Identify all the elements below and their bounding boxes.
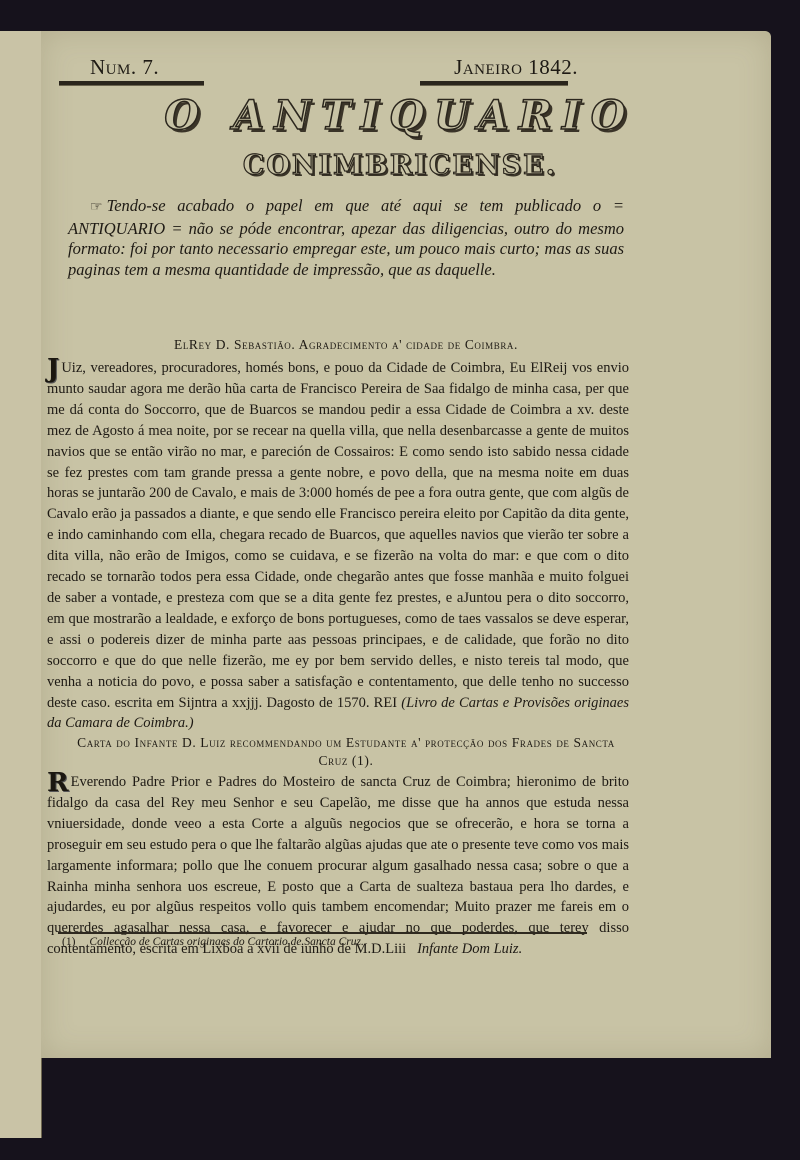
footnote-text: Collecção de Cartas originaes do Cartori…	[89, 936, 363, 948]
article-text: Everendo Padre Prior e Padres do Mosteir…	[47, 774, 629, 957]
footnote-marker: (1)	[62, 936, 75, 948]
pointing-hand-icon: ☞	[90, 200, 103, 215]
article-heading: ElRey D. Sebastião. Agradecimento a' cid…	[68, 336, 624, 354]
article-heading: Carta do Infante D. Luiz recommendando u…	[68, 734, 624, 770]
issue-date: Janeiro 1842.	[454, 55, 578, 80]
header-rule-left	[59, 81, 204, 86]
issue-number: Num. 7.	[90, 55, 159, 80]
footnote: (1)Collecção de Cartas originaes do Cart…	[62, 936, 602, 948]
masthead-title: O ANTIQUARIO	[0, 92, 800, 139]
intro-notice: ☞Tendo-se acabado o papel em que até aqu…	[68, 196, 624, 280]
footnote-rule	[58, 932, 587, 934]
header-rule-right	[420, 81, 568, 86]
article-body: JUiz, vereadores, procuradores, homés bo…	[47, 358, 629, 734]
drop-cap: R	[47, 774, 69, 792]
underlying-page-edge	[0, 31, 42, 1138]
intro-text: Tendo-se acabado o papel em que até aqui…	[68, 196, 624, 279]
masthead-subtitle: CONIMBRICENSE.	[0, 150, 800, 181]
drop-cap: J	[47, 360, 59, 378]
issue-header: Num. 7. Janeiro 1842.	[90, 55, 578, 80]
article-text: Uiz, vereadores, procuradores, homés bon…	[47, 360, 629, 711]
